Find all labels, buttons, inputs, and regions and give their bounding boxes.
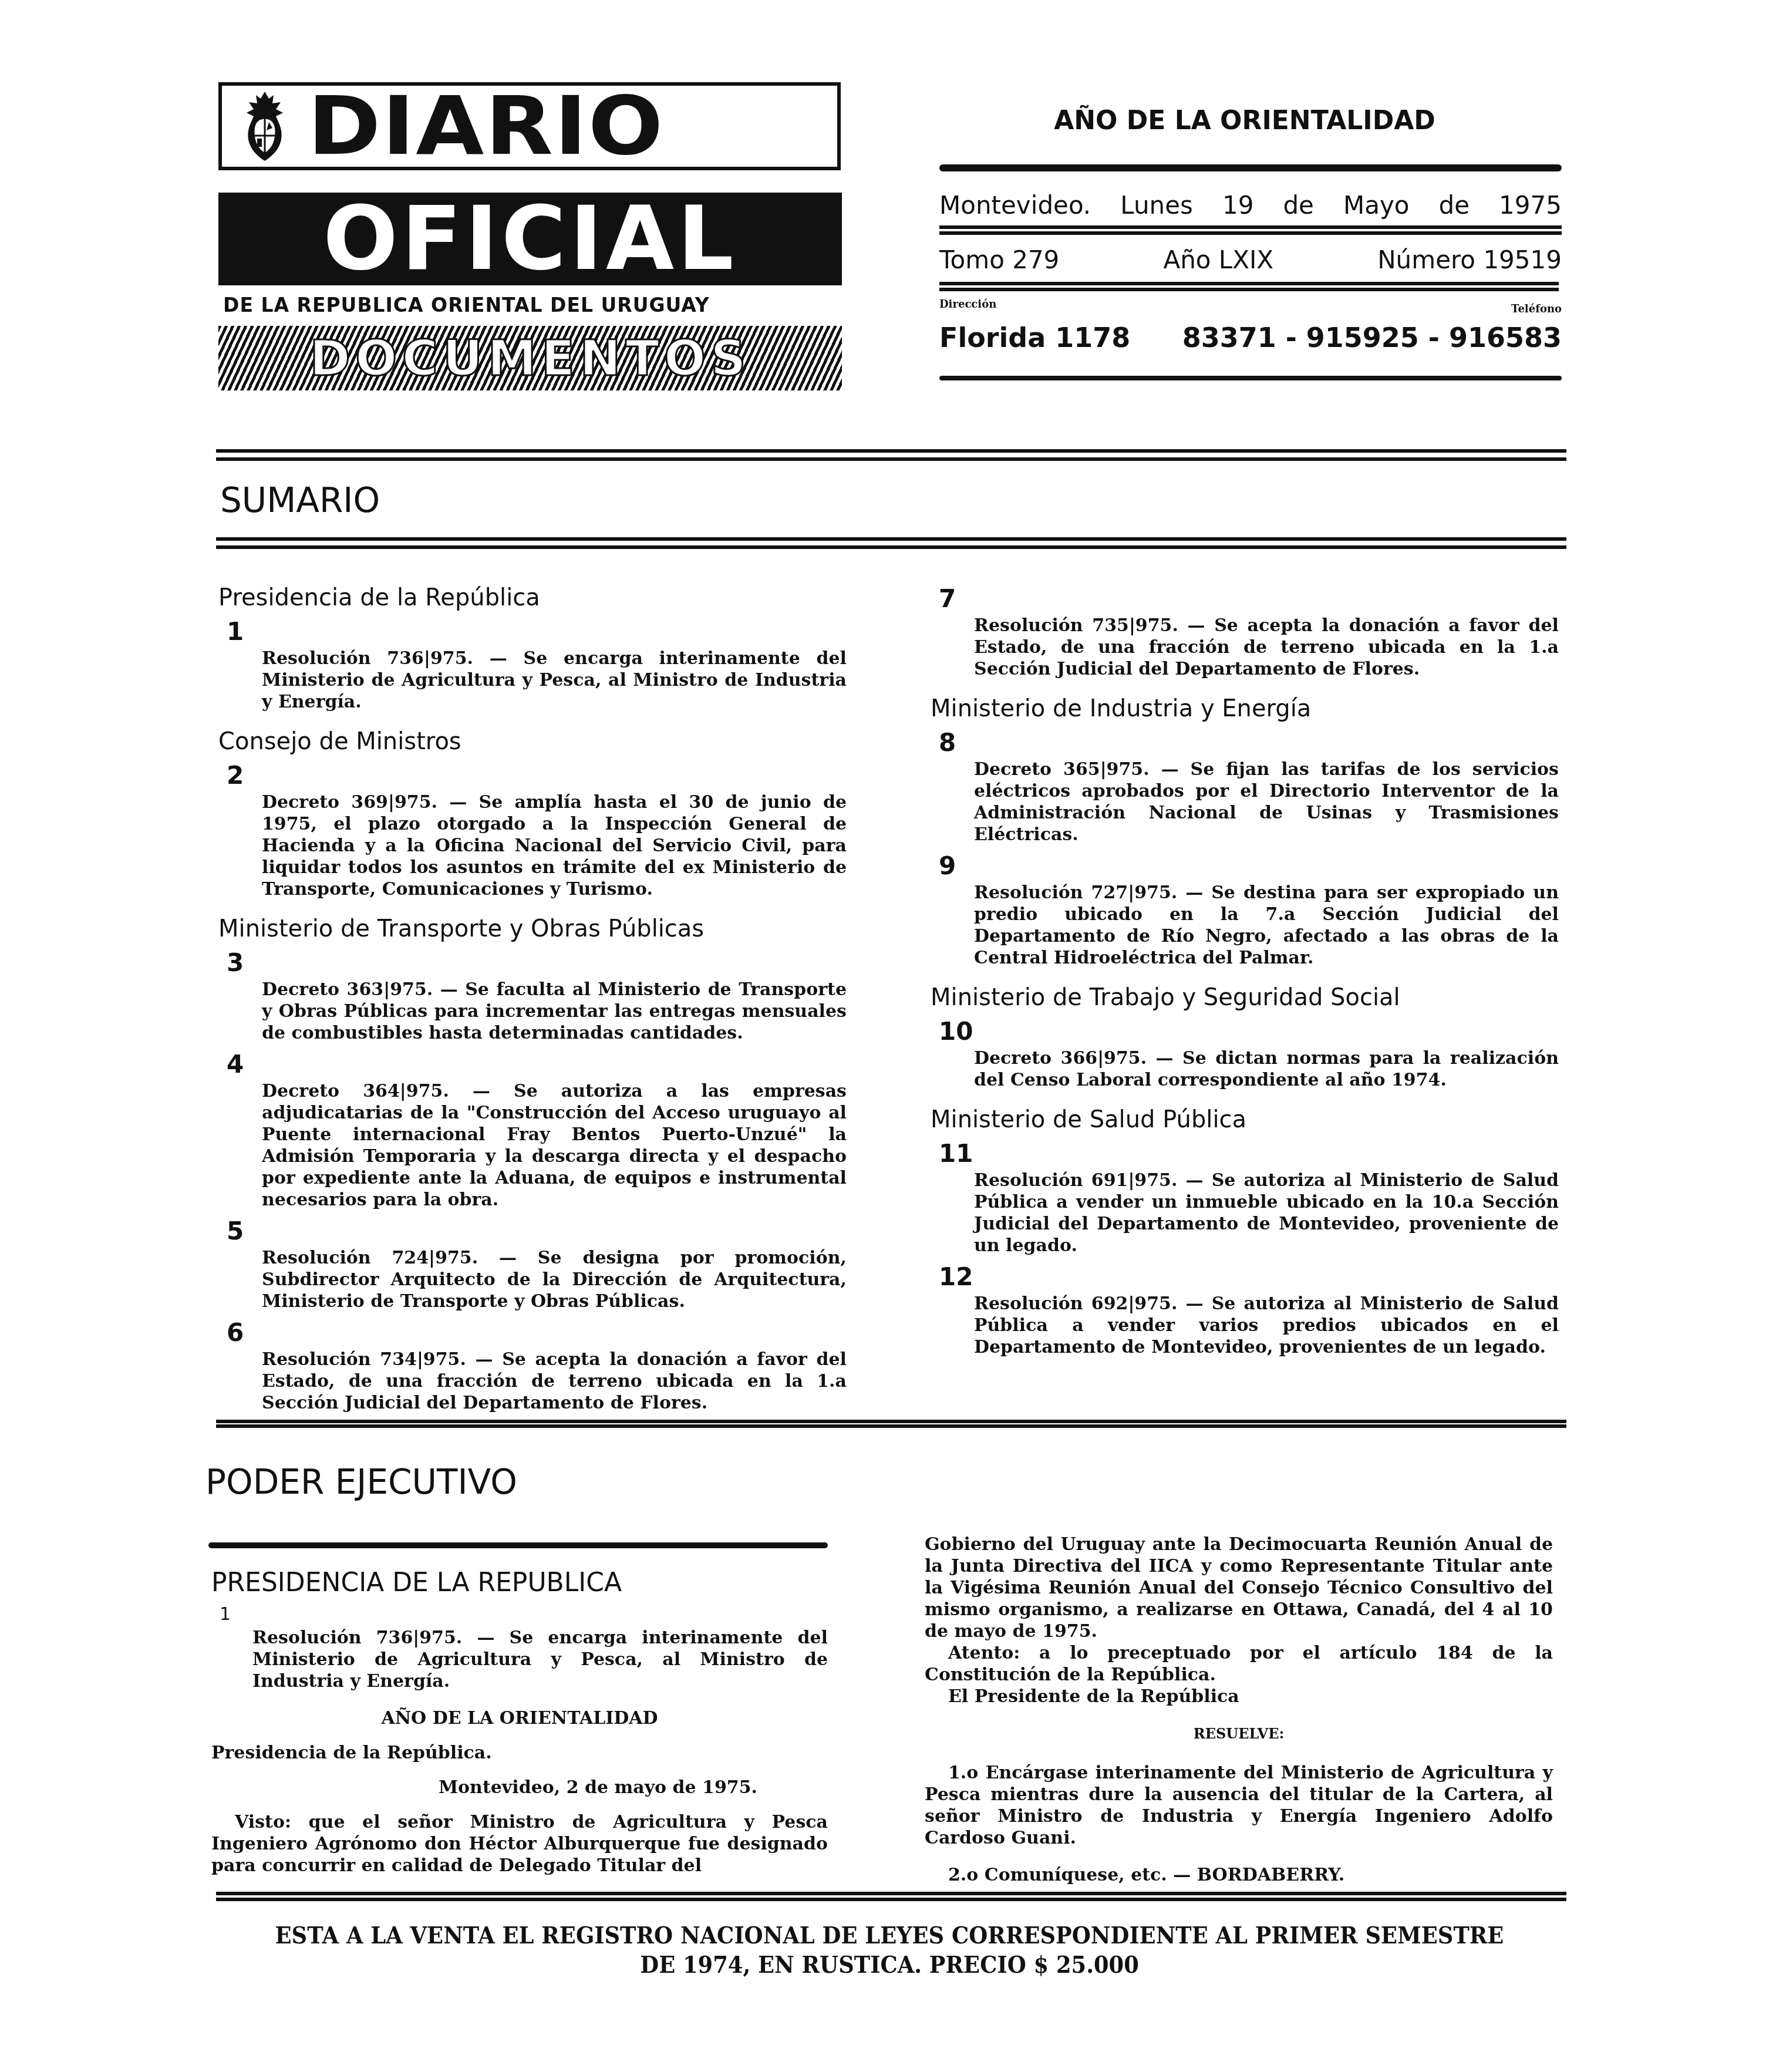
tomo: Tomo 279 [939, 245, 1059, 274]
phones: 83371 - 915925 - 916583 [1182, 322, 1562, 353]
divider [939, 282, 1559, 291]
date-de: de [1283, 191, 1314, 220]
sumario-entry: Decreto 366|975. — Se dictan normas para… [974, 1047, 1559, 1091]
sumario-title: SUMARIO [220, 480, 380, 520]
sumario-left-column: Presidencia de la República 1 Resolución… [218, 584, 847, 1414]
item-number: 9 [939, 854, 1559, 878]
divider [216, 449, 1566, 461]
anio: Año LXIX [1163, 245, 1273, 274]
sumario-entry: Decreto 369|975. — Se amplía hasta el 30… [262, 791, 847, 900]
sumario-entry: Resolución 727|975. — Se destina para se… [974, 882, 1559, 969]
contact-labels: Dirección Teléfono [939, 298, 1562, 315]
issue-line: Tomo 279 Año LXIX Número 19519 [939, 245, 1562, 274]
sumario-heading: Ministerio de Trabajo y Seguridad Social [931, 984, 1559, 1011]
contact-values: Florida 1178 83371 - 915925 - 916583 [939, 322, 1562, 353]
item-number: 3 [227, 951, 847, 975]
article-1: 1.o Encárgase interinamente del Minister… [925, 1762, 1553, 1849]
address-label: Dirección [939, 298, 996, 315]
divider [939, 376, 1562, 380]
masthead-title-diario: DIARIO [308, 86, 664, 167]
masthead-motto: AÑO DE LA ORIENTALIDAD [933, 106, 1556, 136]
article-2: 2.o Comuníquese, etc. — BORDABERRY. [925, 1864, 1553, 1886]
divider [208, 1542, 828, 1548]
item-number: 6 [227, 1320, 847, 1345]
sumario-entry: Resolución 735|975. — Se acepta la donac… [974, 615, 1559, 680]
resuelve-heading: RESUELVE: [925, 1723, 1553, 1744]
sale-notice-line2: DE 1974, EN RUSTICA. PRECIO $ 25.000 [265, 1950, 1513, 1980]
item-number: 1 [220, 1606, 828, 1623]
sumario-heading: Ministerio de Industria y Energía [931, 695, 1559, 722]
motto: AÑO DE LA ORIENTALIDAD [211, 1707, 828, 1729]
date-de: de [1439, 191, 1470, 220]
sumario-heading: Presidencia de la República [218, 584, 847, 611]
sumario-entry: Resolución 736|975. — Se encarga interin… [262, 648, 847, 713]
divider [939, 164, 1562, 171]
sale-notice: ESTA A LA VENTA EL REGISTRO NACIONAL DE … [265, 1921, 1513, 1980]
diario-logo-box: DIARIO [218, 82, 841, 170]
documentos-label: DOCUMENTOS [309, 329, 750, 387]
poder-ejecutivo-right-column: Gobierno del Uruguay ante la Decimocuart… [925, 1534, 1553, 1886]
date-city: Montevideo. [939, 191, 1091, 220]
divider [216, 1420, 1566, 1428]
date-year: 1975 [1499, 191, 1562, 220]
documentos-banner: DOCUMENTOS [218, 326, 842, 390]
item-number: 8 [939, 730, 1559, 755]
date-day: 19 [1222, 191, 1253, 220]
numero: Número 19519 [1377, 245, 1562, 274]
section-heading: PRESIDENCIA DE LA REPUBLICA [211, 1568, 828, 1598]
sumario-entry: Decreto 364|975. — Se autoriza a las emp… [262, 1080, 847, 1211]
address: Florida 1178 [939, 322, 1130, 353]
item-number: 7 [939, 587, 1559, 611]
coat-of-arms-icon [238, 89, 291, 163]
phone-label: Teléfono [1511, 303, 1562, 315]
oficial-logo-box: OFICIAL [218, 193, 842, 285]
item-number: 2 [227, 763, 847, 788]
divider [216, 1892, 1566, 1901]
presidente-line: El Presidente de la República [925, 1686, 1553, 1707]
visto-paragraph: Visto: que el señor Ministro de Agricult… [211, 1811, 828, 1876]
resolution-summary: Resolución 736|975. — Se encarga interin… [252, 1627, 828, 1692]
item-number: 11 [939, 1141, 1559, 1166]
item-number: 10 [939, 1019, 1559, 1044]
sale-notice-line1: ESTA A LA VENTA EL REGISTRO NACIONAL DE … [265, 1921, 1513, 1950]
poder-ejecutivo-title: PODER EJECUTIVO [205, 1462, 517, 1502]
sumario-entry: Resolución 724|975. — Se designa por pro… [262, 1247, 847, 1312]
masthead-title-oficial: OFICIAL [323, 195, 737, 283]
masthead-subtitle: DE LA REPUBLICA ORIENTAL DEL URUGUAY [223, 294, 840, 316]
divider [216, 537, 1566, 549]
item-number: 4 [227, 1052, 847, 1077]
date-line: Montevideo. Lunes 19 de Mayo de 1975 [939, 191, 1562, 220]
sumario-right-column: 7 Resolución 735|975. — Se acepta la don… [931, 578, 1559, 1358]
divider [939, 225, 1562, 235]
sumario-heading: Ministerio de Salud Pública [931, 1106, 1559, 1133]
sumario-entry: Decreto 363|975. — Se faculta al Ministe… [262, 979, 847, 1044]
item-number: 12 [939, 1265, 1559, 1289]
sumario-heading: Consejo de Ministros [218, 728, 847, 755]
sumario-entry: Decreto 365|975. — Se fijan las tarifas … [974, 759, 1559, 845]
continuation-paragraph: Gobierno del Uruguay ante la Decimocuart… [925, 1534, 1553, 1642]
poder-ejecutivo-left-column: PRESIDENCIA DE LA REPUBLICA 1 Resolución… [211, 1568, 828, 1876]
sumario-entry: Resolución 691|975. — Se autoriza al Min… [974, 1170, 1559, 1256]
item-number: 5 [227, 1219, 847, 1244]
issuer: Presidencia de la República. [211, 1742, 828, 1764]
item-number: 1 [227, 619, 847, 644]
sumario-entry: Resolución 692|975. — Se autoriza al Min… [974, 1293, 1559, 1358]
sumario-heading: Ministerio de Transporte y Obras Pública… [218, 915, 847, 942]
date-weekday: Lunes [1120, 191, 1193, 220]
sumario-entry: Resolución 734|975. — Se acepta la donac… [262, 1349, 847, 1414]
resolution-date: Montevideo, 2 de mayo de 1975. [211, 1777, 828, 1798]
atento-paragraph: Atento: a lo preceptuado por el artículo… [925, 1642, 1553, 1686]
date-month: Mayo [1343, 191, 1410, 220]
